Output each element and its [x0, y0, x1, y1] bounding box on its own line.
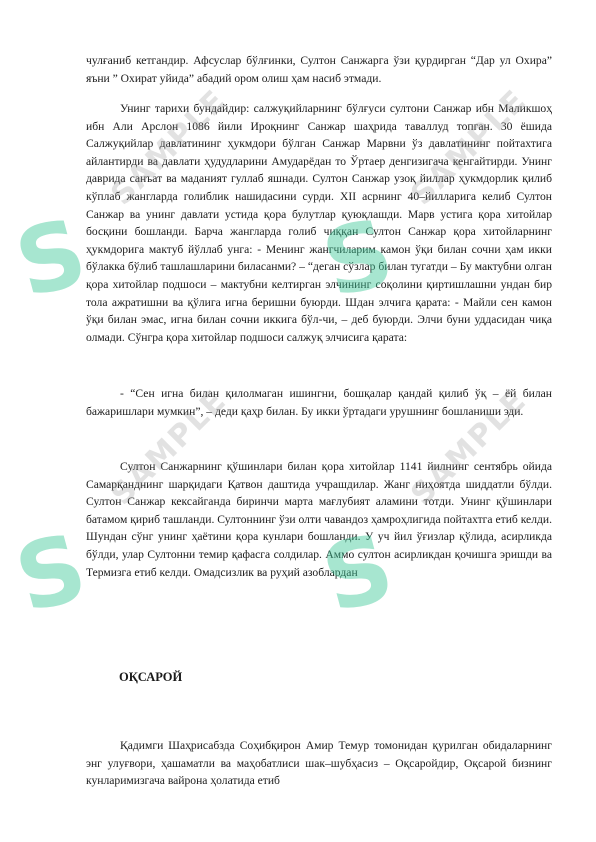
- paragraph-1: чулғаниб кетгандир. Афсуслар бўлғинки, С…: [86, 52, 552, 87]
- paragraph-3-text: - “Сен игна билан қилолмаган ишингни, бо…: [86, 385, 552, 420]
- paragraph-5: Қадимги Шаҳрисабзда Соҳибқирон Амир Тему…: [86, 737, 552, 790]
- section-heading: ОҚСАРОЙ: [119, 670, 182, 685]
- paragraph-2: Унинг тарихи бундайдир: салжуқийларнинг …: [86, 100, 552, 346]
- watermark-logo-icon: S: [5, 513, 97, 634]
- watermark-logo-icon: S: [5, 198, 97, 319]
- paragraph-2-text: Унинг тарихи бундайдир: салжуқийларнинг …: [86, 100, 552, 346]
- paragraph-1-text: чулғаниб кетгандир. Афсуслар бўлғинки, С…: [86, 52, 552, 87]
- paragraph-4: Султон Санжарнинг қўшинлари билан қора х…: [86, 458, 552, 581]
- paragraph-3: - “Сен игна билан қилолмаган ишингни, бо…: [86, 385, 552, 420]
- document-page: чулғаниб кетгандир. Афсуслар бўлғинки, С…: [0, 0, 596, 842]
- paragraph-5-text: Қадимги Шаҳрисабзда Соҳибқирон Амир Тему…: [86, 737, 552, 790]
- paragraph-4-text: Султон Санжарнинг қўшинлари билан қора х…: [86, 458, 552, 581]
